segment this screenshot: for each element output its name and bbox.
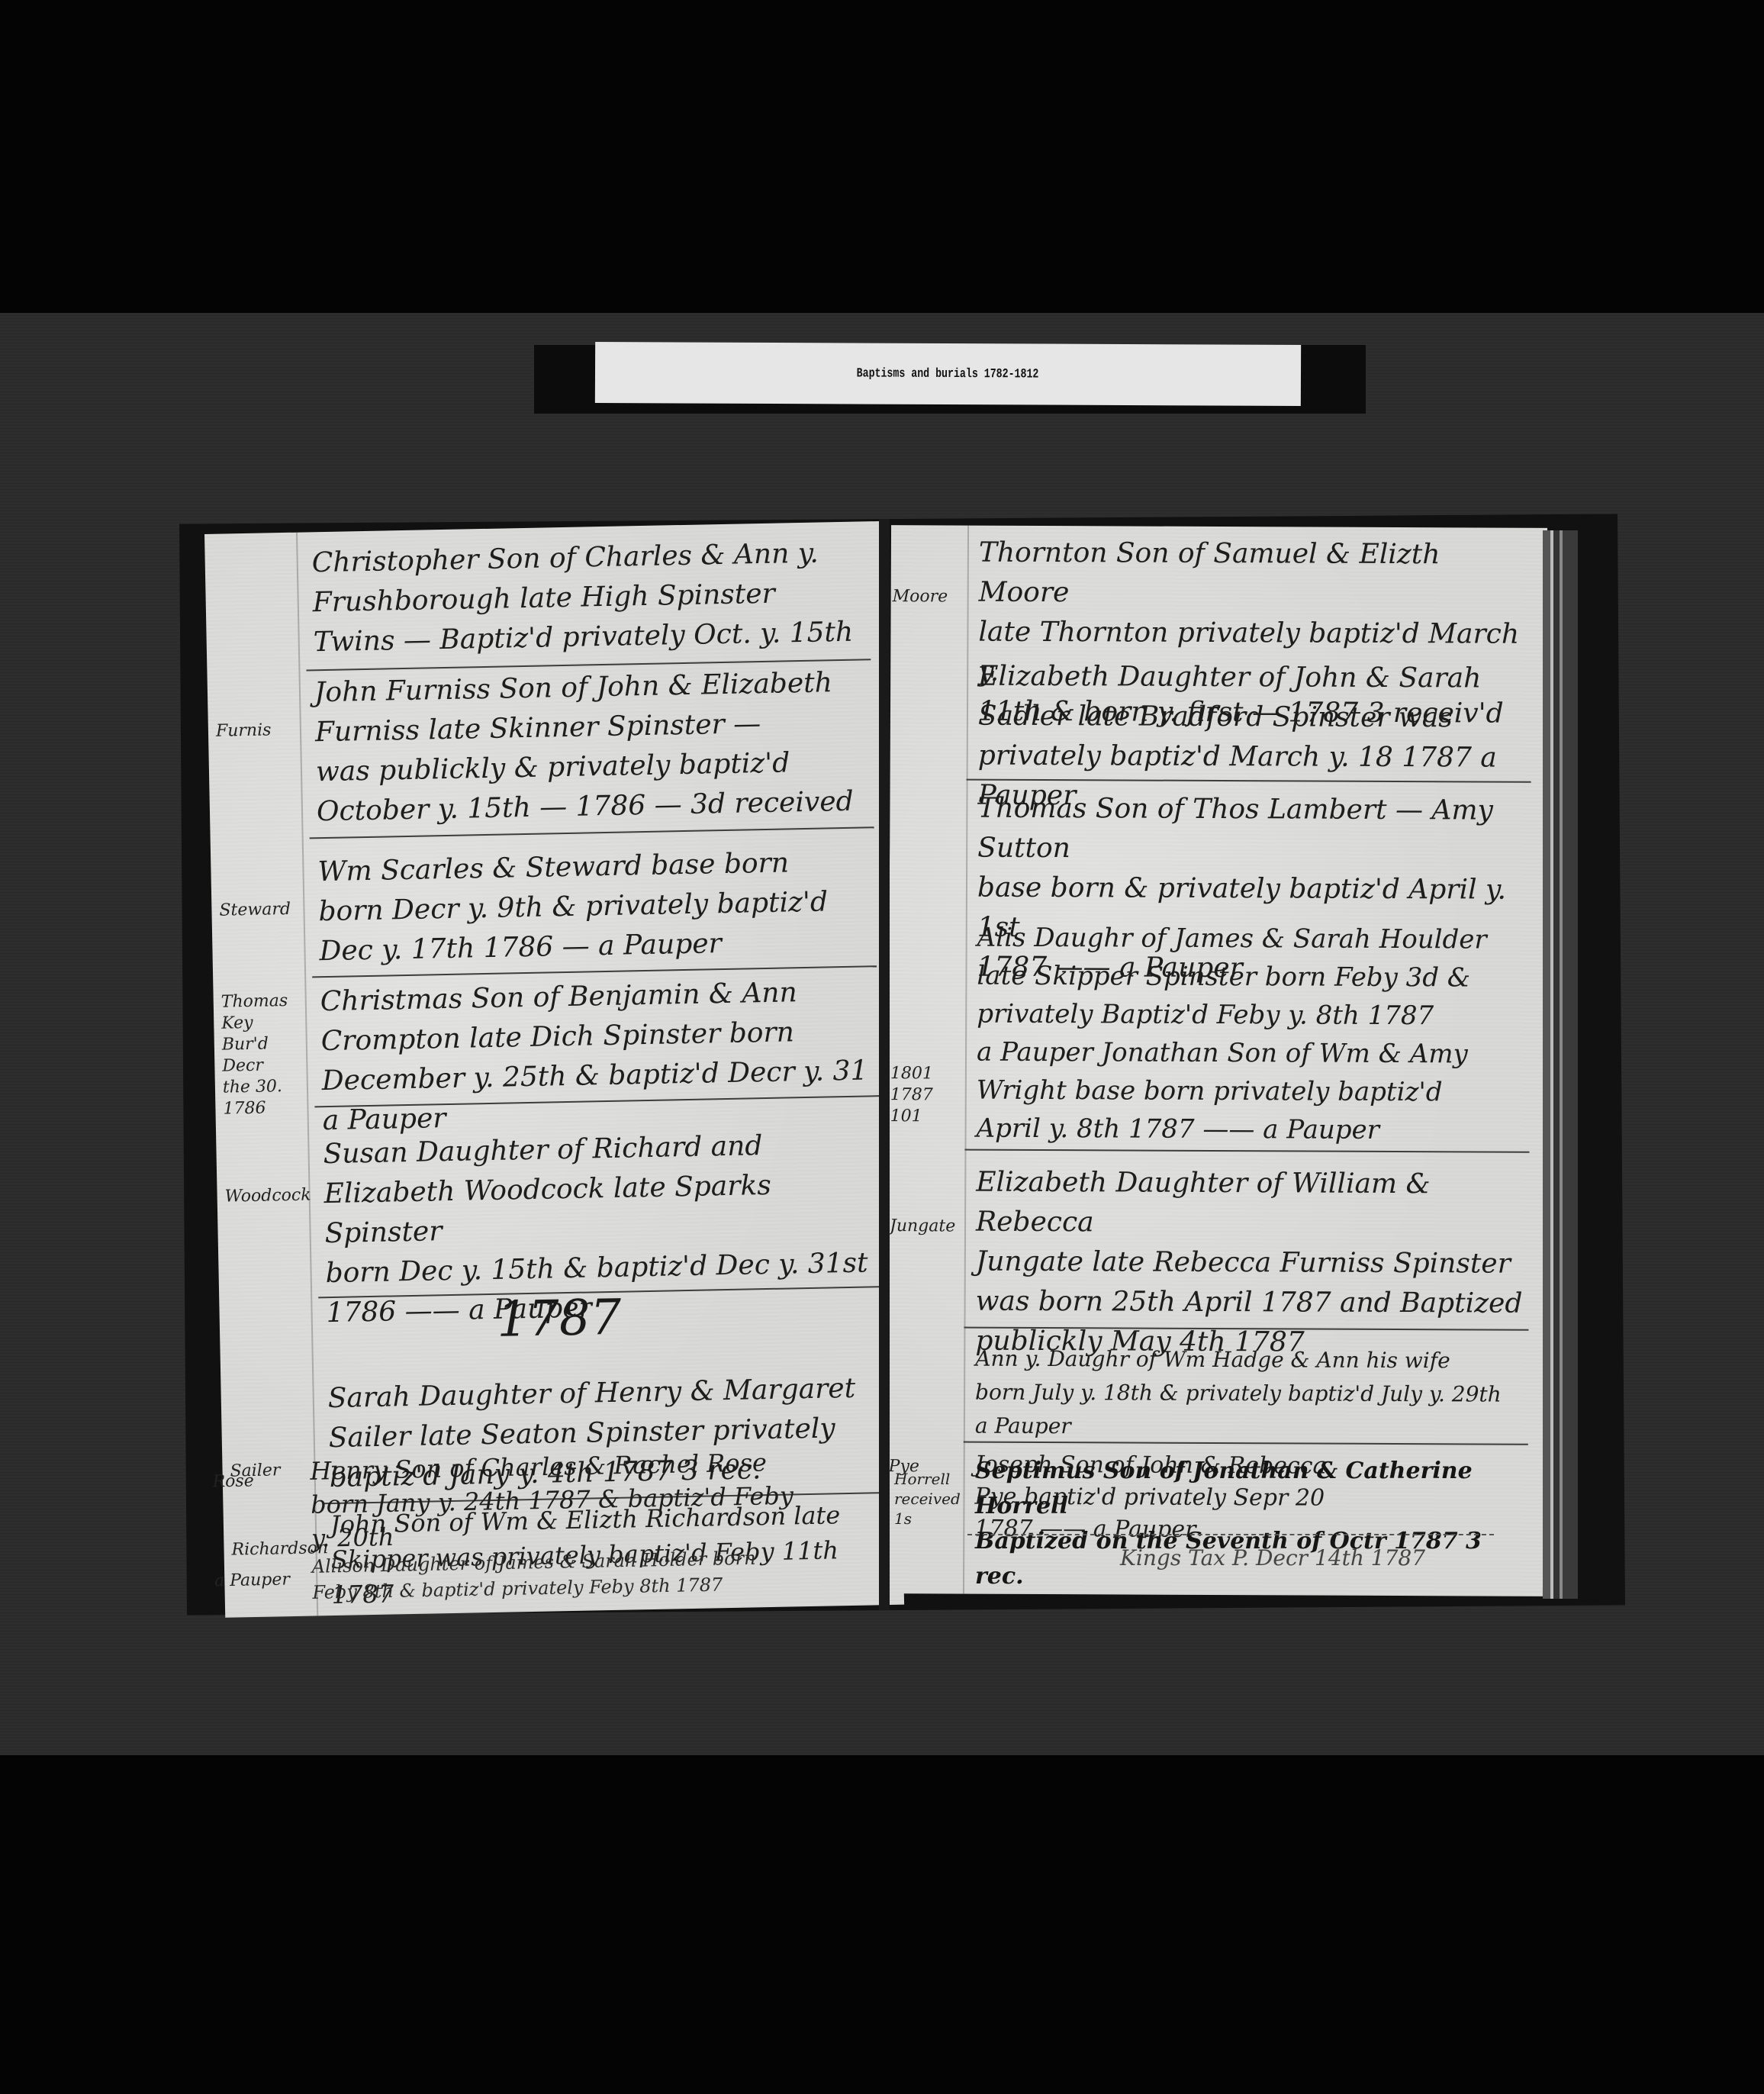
margin-note: Steward [219, 899, 307, 922]
register-entry: Moore Thornton Son of Samuel & Elizth Mo… [891, 533, 1547, 536]
entry-text: Elizabeth Daughter of William & Rebecca … [975, 1163, 1525, 1364]
entry-text: Allison Daughter of James & Sarah Holder… [311, 1543, 863, 1606]
collection-label-text: Baptisms and burials 1782-1812 [857, 366, 1039, 382]
margin-note [213, 590, 301, 591]
margin-note: Moore [893, 586, 965, 607]
margin-note: Rose [212, 1470, 304, 1493]
register-entry: Sailer Sarah Daughter of Henry & Margare… [220, 1368, 900, 1381]
right-page: Moore Thornton Son of Samuel & Elizth Mo… [887, 525, 1547, 1596]
margin-note: Woodcock [224, 1184, 313, 1207]
margin-note: Thomas Key Bur'd Decr the 30. 1786 [221, 990, 311, 1119]
entry-divider [967, 1534, 1494, 1535]
margin-note: Furnis [216, 720, 304, 743]
entry-text: Alis Daughr of James & Sarah Houlder lat… [977, 919, 1527, 1150]
bottom-black-band [0, 1755, 1764, 2094]
margin-note: 1801 1787 101 [890, 1063, 963, 1127]
book-spine [879, 519, 890, 1610]
entry-text: Septimus Son of Jonathan & Catherine Hor… [975, 1454, 1524, 1594]
register-entry: Pye Joseph Son of John & Rebecca Pye bap… [887, 1448, 1543, 1451]
margin-rule [963, 526, 969, 1594]
entry-text: Wm Scarles & Steward base born born Decr… [317, 842, 873, 971]
year-heading: 1787 [219, 1284, 899, 1354]
left-page-footer-entries: Rose Henry Son of Charles & Rachel Rose … [212, 1444, 879, 1625]
register-entry: Jungate Elizabeth Daughter of William & … [888, 1162, 1544, 1165]
page-edges [1543, 530, 1578, 1599]
collection-label: Baptisms and burials 1782-1812 [595, 342, 1301, 406]
margin-note: a Pauper [214, 1569, 307, 1592]
footer-note: Kings Tax P. Decr 14th 1787 [1120, 1545, 1425, 1570]
entry-divider [964, 1149, 1529, 1153]
entry-text: John Furniss Son of John & Elizabeth Fur… [314, 662, 871, 832]
entry-text: Ann y. Daughr of Wm Hadge & Ann his wife… [975, 1342, 1525, 1445]
register-entry: Thomas Key Bur'd Decr the 30. 1786 Chris… [213, 971, 892, 984]
top-black-band [0, 0, 1764, 324]
margin-note: Jungate [890, 1216, 962, 1237]
entry-text: Christopher Son of Charles & Ann y. Frus… [311, 533, 867, 662]
entry-text: Henry Son of Charles & Rachel Rose born … [310, 1444, 862, 1555]
entry-text: Christmas Son of Benjamin & Ann Crompton… [320, 971, 876, 1141]
margin-note: Horrell received 1s [894, 1469, 967, 1529]
register-entry: Steward Wm Scarles & Steward base born b… [211, 842, 890, 855]
right-page-footer-entries: Horrell received 1s Septimus Son of Jona… [891, 1454, 1540, 1591]
register-entry: Christopher Son of Charles & Ann y. Frus… [204, 533, 884, 546]
